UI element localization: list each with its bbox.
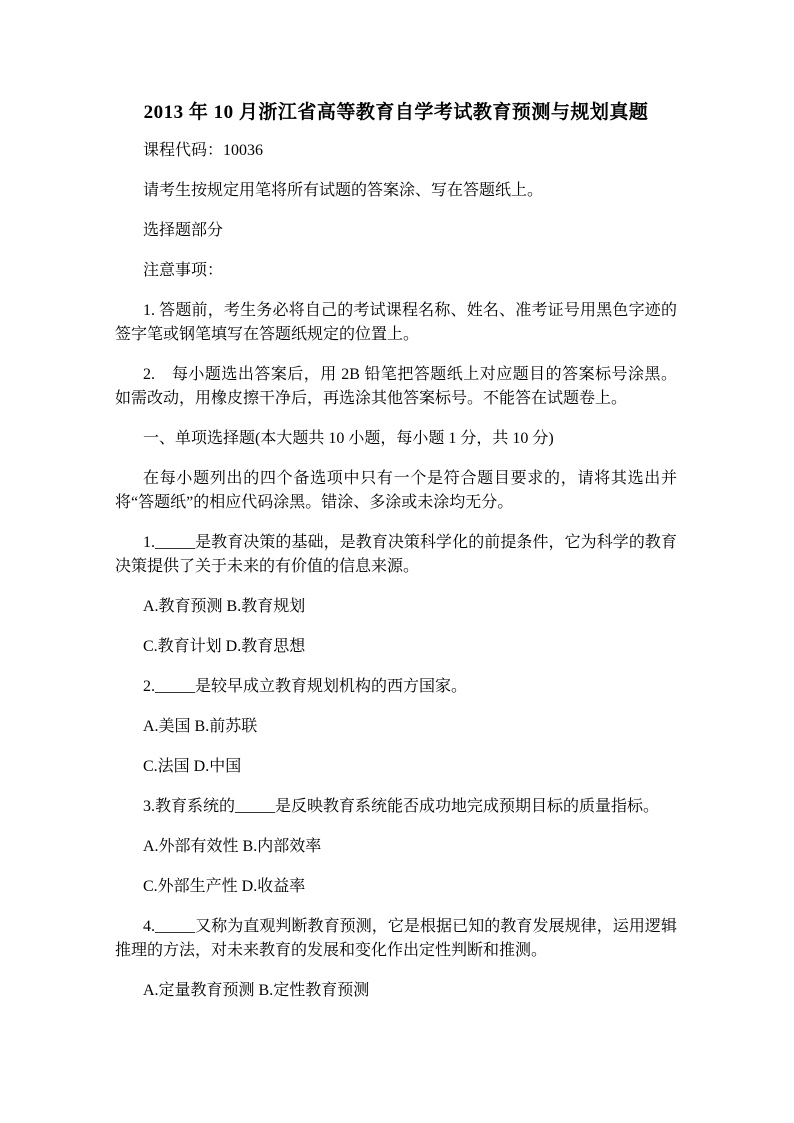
- note-item-1: 1. 答题前，考生务必将自己的考试课程名称、姓名、准考证号用黑色字迹的签字笔或钢…: [115, 299, 677, 347]
- question-3-options-ab: A.外部有效性 B.内部效率: [115, 835, 677, 859]
- note-item-2: 2. 每小题选出答案后，用 2B 铅笔把答题纸上对应题目的答案标号涂黑。如需改动…: [115, 363, 677, 411]
- part1-instruction: 在每小题列出的四个备选项中只有一个是符合题目要求的，请将其选出并将“答题纸”的相…: [115, 467, 677, 515]
- question-2-options-ab: A.美国 B.前苏联: [115, 715, 677, 739]
- document-title: 2013 年 10 月浙江省高等教育自学考试教育预测与规划真题: [115, 99, 677, 126]
- question-3-stem: 3.教育系统的_____是反映教育系统能否成功地完成预期目标的质量指标。: [115, 795, 677, 819]
- question-1-stem: 1._____是教育决策的基础，是教育决策科学化的前提条件，它为科学的教育决策提…: [115, 531, 677, 579]
- course-code-line: 课程代码：10036: [115, 139, 677, 163]
- question-1-options-cd: C.教育计划 D.教育思想: [115, 635, 677, 659]
- part1-heading: 一、单项选择题(本大题共 10 小题，每小题 1 分，共 10 分): [115, 427, 677, 451]
- section-label: 选择题部分: [115, 219, 677, 243]
- question-2-options-cd: C.法国 D.中国: [115, 755, 677, 779]
- notes-heading: 注意事项：: [115, 259, 677, 283]
- exam-document-page: 2013 年 10 月浙江省高等教育自学考试教育预测与规划真题 课程代码：100…: [0, 0, 794, 1123]
- question-4-stem: 4._____又称为直观判断教育预测，它是根据已知的教育发展规律，运用逻辑推理的…: [115, 915, 677, 963]
- question-1-options-ab: A.教育预测 B.教育规划: [115, 595, 677, 619]
- question-4-options-ab: A.定量教育预测 B.定性教育预测: [115, 979, 677, 1003]
- general-instruction: 请考生按规定用笔将所有试题的答案涂、写在答题纸上。: [115, 179, 677, 203]
- question-3-options-cd: C.外部生产性 D.收益率: [115, 875, 677, 899]
- question-2-stem: 2._____是较早成立教育规划机构的西方国家。: [115, 675, 677, 699]
